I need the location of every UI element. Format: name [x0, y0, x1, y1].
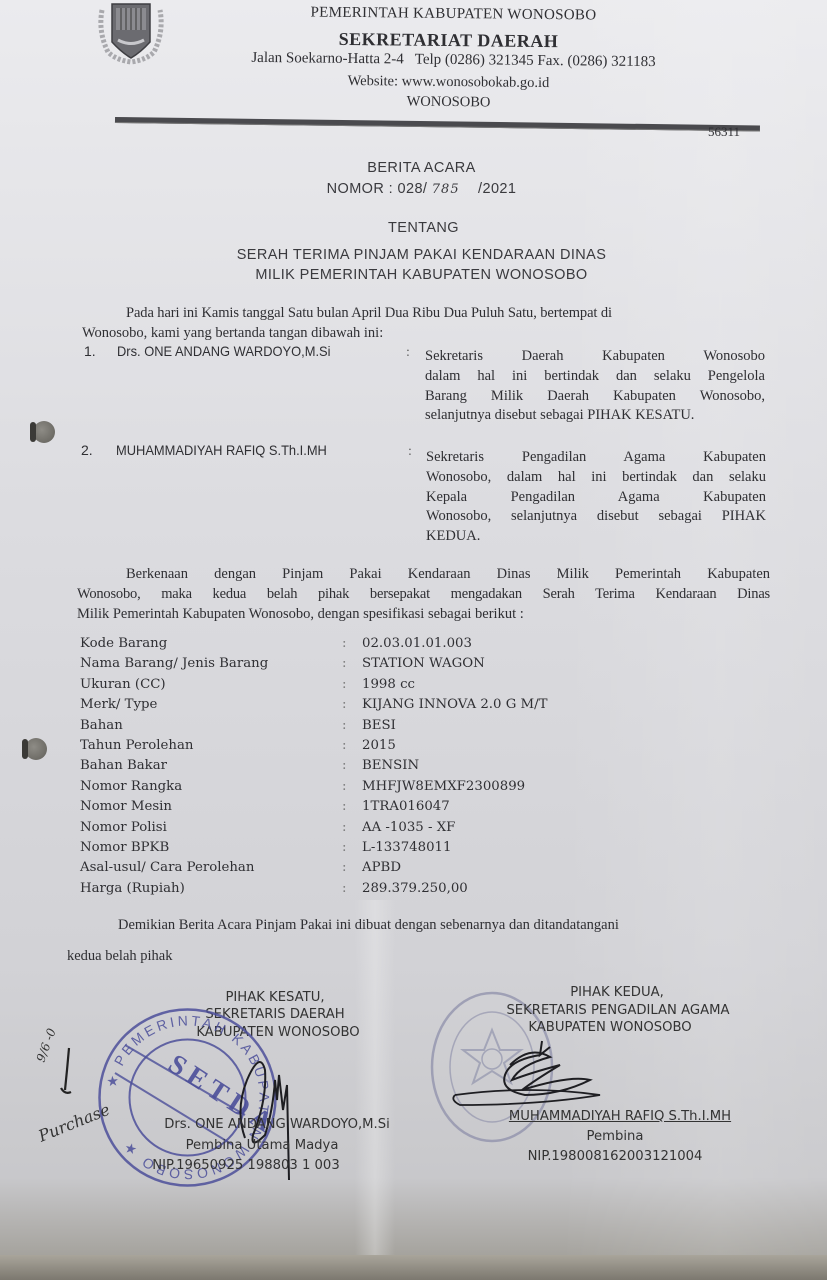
spec-value: 02.03.01.01.003 — [362, 636, 472, 651]
spec-label: Bahan Bakar — [80, 758, 167, 773]
party-2-number: 2. — [81, 442, 93, 458]
party-2-description: Sekretaris Pengadilan Agama Kabupaten Wo… — [426, 448, 766, 547]
document-number-prefix: NOMOR : 028/ — [327, 181, 428, 197]
svg-text:9/6 -0: 9/6 -0 — [34, 1026, 59, 1064]
spec-value: 1998 cc — [362, 677, 415, 692]
spec-colon: : — [342, 820, 346, 835]
spec-value: L-133748011 — [362, 840, 451, 855]
spec-label: Ukuran (CC) — [80, 677, 166, 692]
spec-colon: : — [342, 799, 346, 814]
spec-value: STATION WAGON — [362, 656, 485, 671]
sig2-name: MUHAMMADIYAH RAFIQ S.Th.I.MH — [470, 1109, 770, 1124]
spec-colon: : — [342, 881, 346, 896]
party-2-description-line: Wonosobo, selanjutnya disebut sebagai PI… — [426, 507, 766, 527]
spec-label: Nomor Mesin — [80, 799, 172, 814]
party-1-description-line: Barang Milik Daerah Kabupaten Wonosobo, — [425, 387, 765, 407]
document-subject-line1: SERAH TERIMA PINJAM PAKAI KENDARAAN DINA… — [8, 247, 827, 263]
spec-label: Tahun Perolehan — [80, 738, 193, 753]
spec-value: APBD — [362, 860, 401, 875]
opening-line1: Pada hari ini Kamis tanggal Satu bulan A… — [126, 303, 776, 323]
sig1-nip: NIP.19650925 198803 1 003 — [106, 1158, 386, 1173]
document-number-handwritten: 785 — [432, 182, 460, 197]
party-1-number: 1. — [84, 343, 96, 359]
sig2-nip: NIP.198008162003121004 — [475, 1149, 755, 1164]
party-1-description: Sekretaris Daerah Kabupaten Wonosobo dal… — [425, 347, 765, 426]
spec-label: Nama Barang/ Jenis Barang — [80, 656, 268, 671]
spec-colon: : — [342, 738, 346, 753]
intro-line1: Berkenaan dengan Pinjam Pakai Kendaraan … — [126, 564, 770, 584]
spec-value: 1TRA016047 — [362, 799, 450, 814]
spec-colon: : — [342, 636, 346, 651]
party-1-description-line: Sekretaris Daerah Kabupaten Wonosobo — [425, 347, 765, 367]
spec-value: KIJANG INNOVA 2.0 G M/T — [362, 697, 548, 712]
spec-label: Nomor BPKB — [80, 840, 169, 855]
punch-hole-top — [33, 421, 55, 443]
handwritten-annotation: 9/6 -0 Purchase — [35, 1040, 115, 1150]
spec-colon: : — [342, 860, 346, 875]
spec-colon: : — [342, 779, 346, 794]
sig1-name: Drs. ONE ANDANG WARDOYO,M.Si — [137, 1117, 417, 1132]
document-number-suffix: /2021 — [478, 181, 516, 197]
background-surface — [0, 1255, 827, 1280]
party-2-description-line: Sekretaris Pengadilan Agama Kabupaten — [426, 448, 766, 468]
sig2-position: SEKRETARIS PENGADILAN AGAMA — [478, 1003, 758, 1018]
sig2-region: KABUPATEN WONOSOBO — [470, 1020, 750, 1035]
intro-line2: Wonosobo, maka kedua belah pihak bersepa… — [77, 584, 770, 604]
spec-value: BENSIN — [362, 758, 419, 773]
closing-line1: Demikian Berita Acara Pinjam Pakai ini d… — [118, 915, 788, 935]
sig1-party: PIHAK KESATU, — [160, 990, 390, 1005]
spec-value: AA -1035 - XF — [362, 820, 455, 835]
sig1-rank: Pembina Utama Madya — [122, 1138, 402, 1153]
spec-colon: : — [342, 656, 346, 671]
party-2-description-line: KEDUA. — [426, 527, 766, 547]
spec-label: Merk/ Type — [80, 697, 157, 712]
party-2-description-line: Wonosobo, dalam hal ini bertindak dan se… — [426, 468, 766, 488]
document-subject-line2: MILIK PEMERINTAH KABUPATEN WONOSOBO — [8, 267, 827, 283]
spec-label: Nomor Polisi — [80, 820, 167, 835]
spec-colon: : — [342, 697, 346, 712]
spec-value: BESI — [362, 718, 396, 733]
spec-value: 289.379.250,00 — [362, 881, 468, 896]
spec-colon: : — [342, 840, 346, 855]
svg-text:Purchase: Purchase — [35, 1100, 113, 1146]
spec-colon: : — [342, 718, 346, 733]
opening-line2: Wonosobo, kami yang bertanda tangan diba… — [82, 323, 383, 343]
party-1-colon: : — [406, 345, 410, 361]
spec-label: Kode Barang — [80, 636, 167, 651]
spec-label: Nomor Rangka — [80, 779, 182, 794]
party-1-name: Drs. ONE ANDANG WARDOYO,M.Si — [117, 343, 330, 359]
spec-label: Asal-usul/ Cara Perolehan — [80, 860, 254, 875]
sig2-rank: Pembina — [500, 1129, 730, 1144]
spec-value: MHFJW8EMXF2300899 — [362, 779, 525, 794]
spec-value: 2015 — [362, 738, 396, 753]
paper-crease — [355, 900, 395, 1280]
letterhead-divider — [115, 117, 760, 131]
spec-label: Harga (Rupiah) — [80, 881, 185, 896]
document-about: TENTANG — [10, 220, 827, 236]
intro-line3: Milik Pemerintah Kabupaten Wonosobo, den… — [77, 604, 524, 624]
spec-colon: : — [342, 758, 346, 773]
spec-colon: : — [342, 677, 346, 692]
document-heading: BERITA ACARA — [8, 160, 827, 176]
spec-label: Bahan — [80, 718, 123, 733]
document-number: NOMOR : 028/ 785 /2021 — [8, 181, 827, 197]
sig2-party: PIHAK KEDUA, — [497, 985, 737, 1000]
party-2-description-line: Kepala Pengadilan Agama Kabupaten — [426, 488, 766, 508]
sig2-signature — [450, 1035, 650, 1115]
party-2-colon: : — [408, 444, 412, 460]
punch-hole-bottom — [25, 738, 47, 760]
postal-code: 56311 — [708, 124, 740, 140]
closing-line2: kedua belah pihak — [67, 946, 173, 966]
party-2-name: MUHAMMADIYAH RAFIQ S.Th.I.MH — [116, 442, 327, 458]
party-1-description-line: dalam hal ini bertindak dan selaku Penge… — [425, 367, 765, 387]
party-1-description-line: selanjutnya disebut sebagai PIHAK KESATU… — [425, 406, 765, 426]
